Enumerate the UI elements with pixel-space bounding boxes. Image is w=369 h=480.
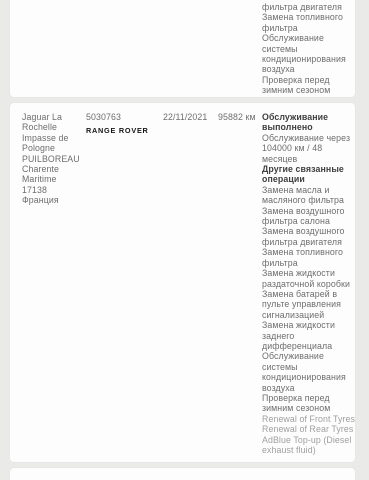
service-item: Замена воздушного фильтра двигателя [262, 226, 355, 247]
service-item: Замена батарей в пульте управления сигна… [262, 289, 355, 320]
service-item-secondary: AdBlue Top-up (Diesel exhaust fluid) [262, 435, 355, 456]
service-item: Замена воздушного фильтра салона [262, 206, 355, 227]
service-record-card: Jaguar La Rochelle Impasse de PolognePUI… [10, 103, 355, 462]
mileage-value: 95882 км [218, 112, 262, 122]
service-history-page: фильтра двигателяЗамена топливного фильт… [0, 0, 369, 480]
service-item-secondary: Renewal of Front Tyres [262, 414, 355, 424]
service-item: Замена жидкости раздаточной коробки [262, 268, 355, 289]
service-item: Замена топливного фильтра [262, 12, 355, 33]
dealer-address-line: Charente Maritime [22, 164, 82, 185]
section-heading-service-performed: Обслуживание выполнено [262, 112, 355, 133]
previous-service-items-list: фильтра двигателяЗамена топливного фильт… [262, 2, 355, 96]
dealer-address-line: Impasse de Pologne [22, 133, 82, 154]
service-item: фильтра двигателя [262, 2, 355, 12]
service-item: Замена жидкости заднего дифференциала [262, 320, 355, 351]
brand-logo: RANGE ROVER [86, 126, 163, 135]
service-item: Замена масла и масляного фильтра [262, 185, 355, 206]
related-operations-list-en: Renewal of Front TyresRenewal of Rear Ty… [262, 414, 355, 456]
dealer-info: Jaguar La Rochelle Impasse de PolognePUI… [22, 112, 86, 206]
service-item: Обслуживание системы кондиционирования в… [262, 33, 355, 75]
service-details: Обслуживание выполнено Обслуживание чере… [262, 112, 355, 455]
service-date: 22/11/2021 [163, 112, 218, 122]
service-item: Замена топливного фильтра [262, 247, 355, 268]
next-service-record-card [10, 468, 355, 480]
related-operations-list: Замена масла и масляного фильтраЗамена в… [262, 185, 355, 414]
service-item-secondary: Renewal of Rear Tyres [262, 424, 355, 434]
dealer-name: Jaguar La Rochelle [22, 112, 82, 133]
service-interval-list: Обслуживание через 104000 км / 48 месяце… [262, 133, 355, 164]
dealer-address-line: 17138 [22, 185, 82, 195]
document-info: 5030763 RANGE ROVER [86, 112, 163, 135]
dealer-address-line: Франция [22, 195, 82, 205]
dealer-address: Impasse de PolognePUILBOREAUCharente Mar… [22, 133, 86, 206]
service-item: Проверка перед зимним сезоном [262, 393, 355, 414]
service-item: Обслуживание системы кондиционирования в… [262, 351, 355, 393]
document-number: 5030763 [86, 112, 163, 122]
service-item: Проверка перед зимним сезоном [262, 75, 355, 96]
section-heading-related-operations: Другие связанные операции [262, 164, 355, 185]
service-item: Обслуживание через 104000 км / 48 месяце… [262, 133, 355, 164]
previous-service-record-card: фильтра двигателяЗамена топливного фильт… [10, 0, 355, 97]
dealer-address-line: PUILBOREAU [22, 154, 82, 164]
